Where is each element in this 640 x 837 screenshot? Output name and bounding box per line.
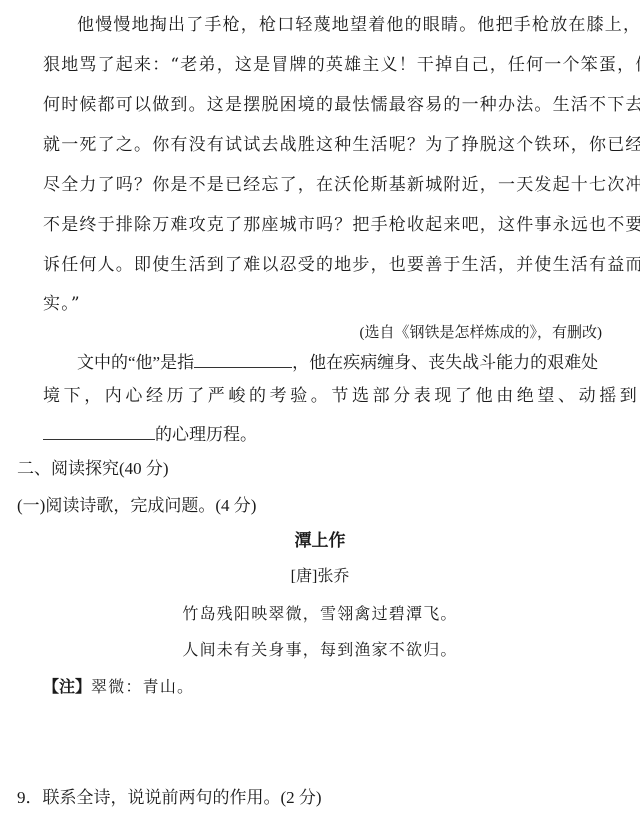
passage-line-2: 狠地骂了起来：“老弟，这是冒牌的英雄主义！干掉自己，任何一个笨蛋，任	[43, 54, 640, 76]
passage-source: (选自《钢铁是怎样炼成的》，有删改)	[360, 322, 603, 344]
poem-author: [唐]张乔	[0, 566, 640, 588]
poem-line-2: 人间未有关身事，每到渔家不欲归。	[0, 639, 640, 661]
fill-question-text-end: 的心理历程。	[155, 425, 257, 444]
passage-line-6: 不是终于排除万难攻克了那座城市吗？把手枪收起来吧，这件事永远也不要告	[43, 214, 640, 236]
answer-blank-1[interactable]	[194, 349, 292, 368]
poem-note: 【注】翠微：青山。	[43, 676, 194, 698]
passage-line-1: 他慢慢地掏出了手枪，枪口轻蔑地望着他的眼睛。他把手枪放在膝上，狠	[77, 14, 640, 36]
passage-line-7: 诉任何人。即使生活到了难以忍受的地步，也要善于生活，并使生活有益而充	[43, 254, 640, 276]
fill-question-text-after: ，他在疾病缠身、丧失战斗能力的艰难处	[292, 353, 598, 372]
fill-question-line-1: 文中的“他”是指，他在疾病缠身、丧失战斗能力的艰难处	[77, 349, 598, 374]
passage-line-4: 就一死了之。你有没有试试去战胜这种生活呢？为了挣脱这个铁环，你已经竭	[43, 134, 640, 156]
note-text: 翠微：青山。	[91, 677, 194, 696]
poem-title: 潭上作	[0, 530, 640, 552]
answer-blank-2[interactable]	[43, 421, 155, 440]
note-label: 【注】	[43, 677, 91, 696]
fill-question-text-before: 文中的“他”是指	[77, 353, 194, 372]
section-subheading: (一)阅读诗歌，完成问题。(4 分)	[17, 495, 256, 517]
fill-question-line-2: 境下，内心经历了严峻的考验。节选部分表现了他由绝望、动摇到	[43, 385, 640, 407]
fill-question-line-3: 的心理历程。	[43, 421, 257, 446]
poem-line-1: 竹岛残阳映翠微，雪翎禽过碧潭飞。	[0, 603, 640, 625]
passage-line-8: 实。”	[43, 293, 81, 315]
section-heading: 二、阅读探究(40 分)	[17, 458, 169, 480]
passage-line-5: 尽全力了吗？你是不是已经忘了，在沃伦斯基新城附近，一天发起十七次冲锋，	[43, 174, 640, 196]
passage-line-3: 何时候都可以做到。这是摆脱困境的最怯懦最容易的一种办法。生活不下去，	[43, 94, 640, 116]
question-9: 9．联系全诗，说说前两句的作用。(2 分)	[17, 787, 322, 809]
